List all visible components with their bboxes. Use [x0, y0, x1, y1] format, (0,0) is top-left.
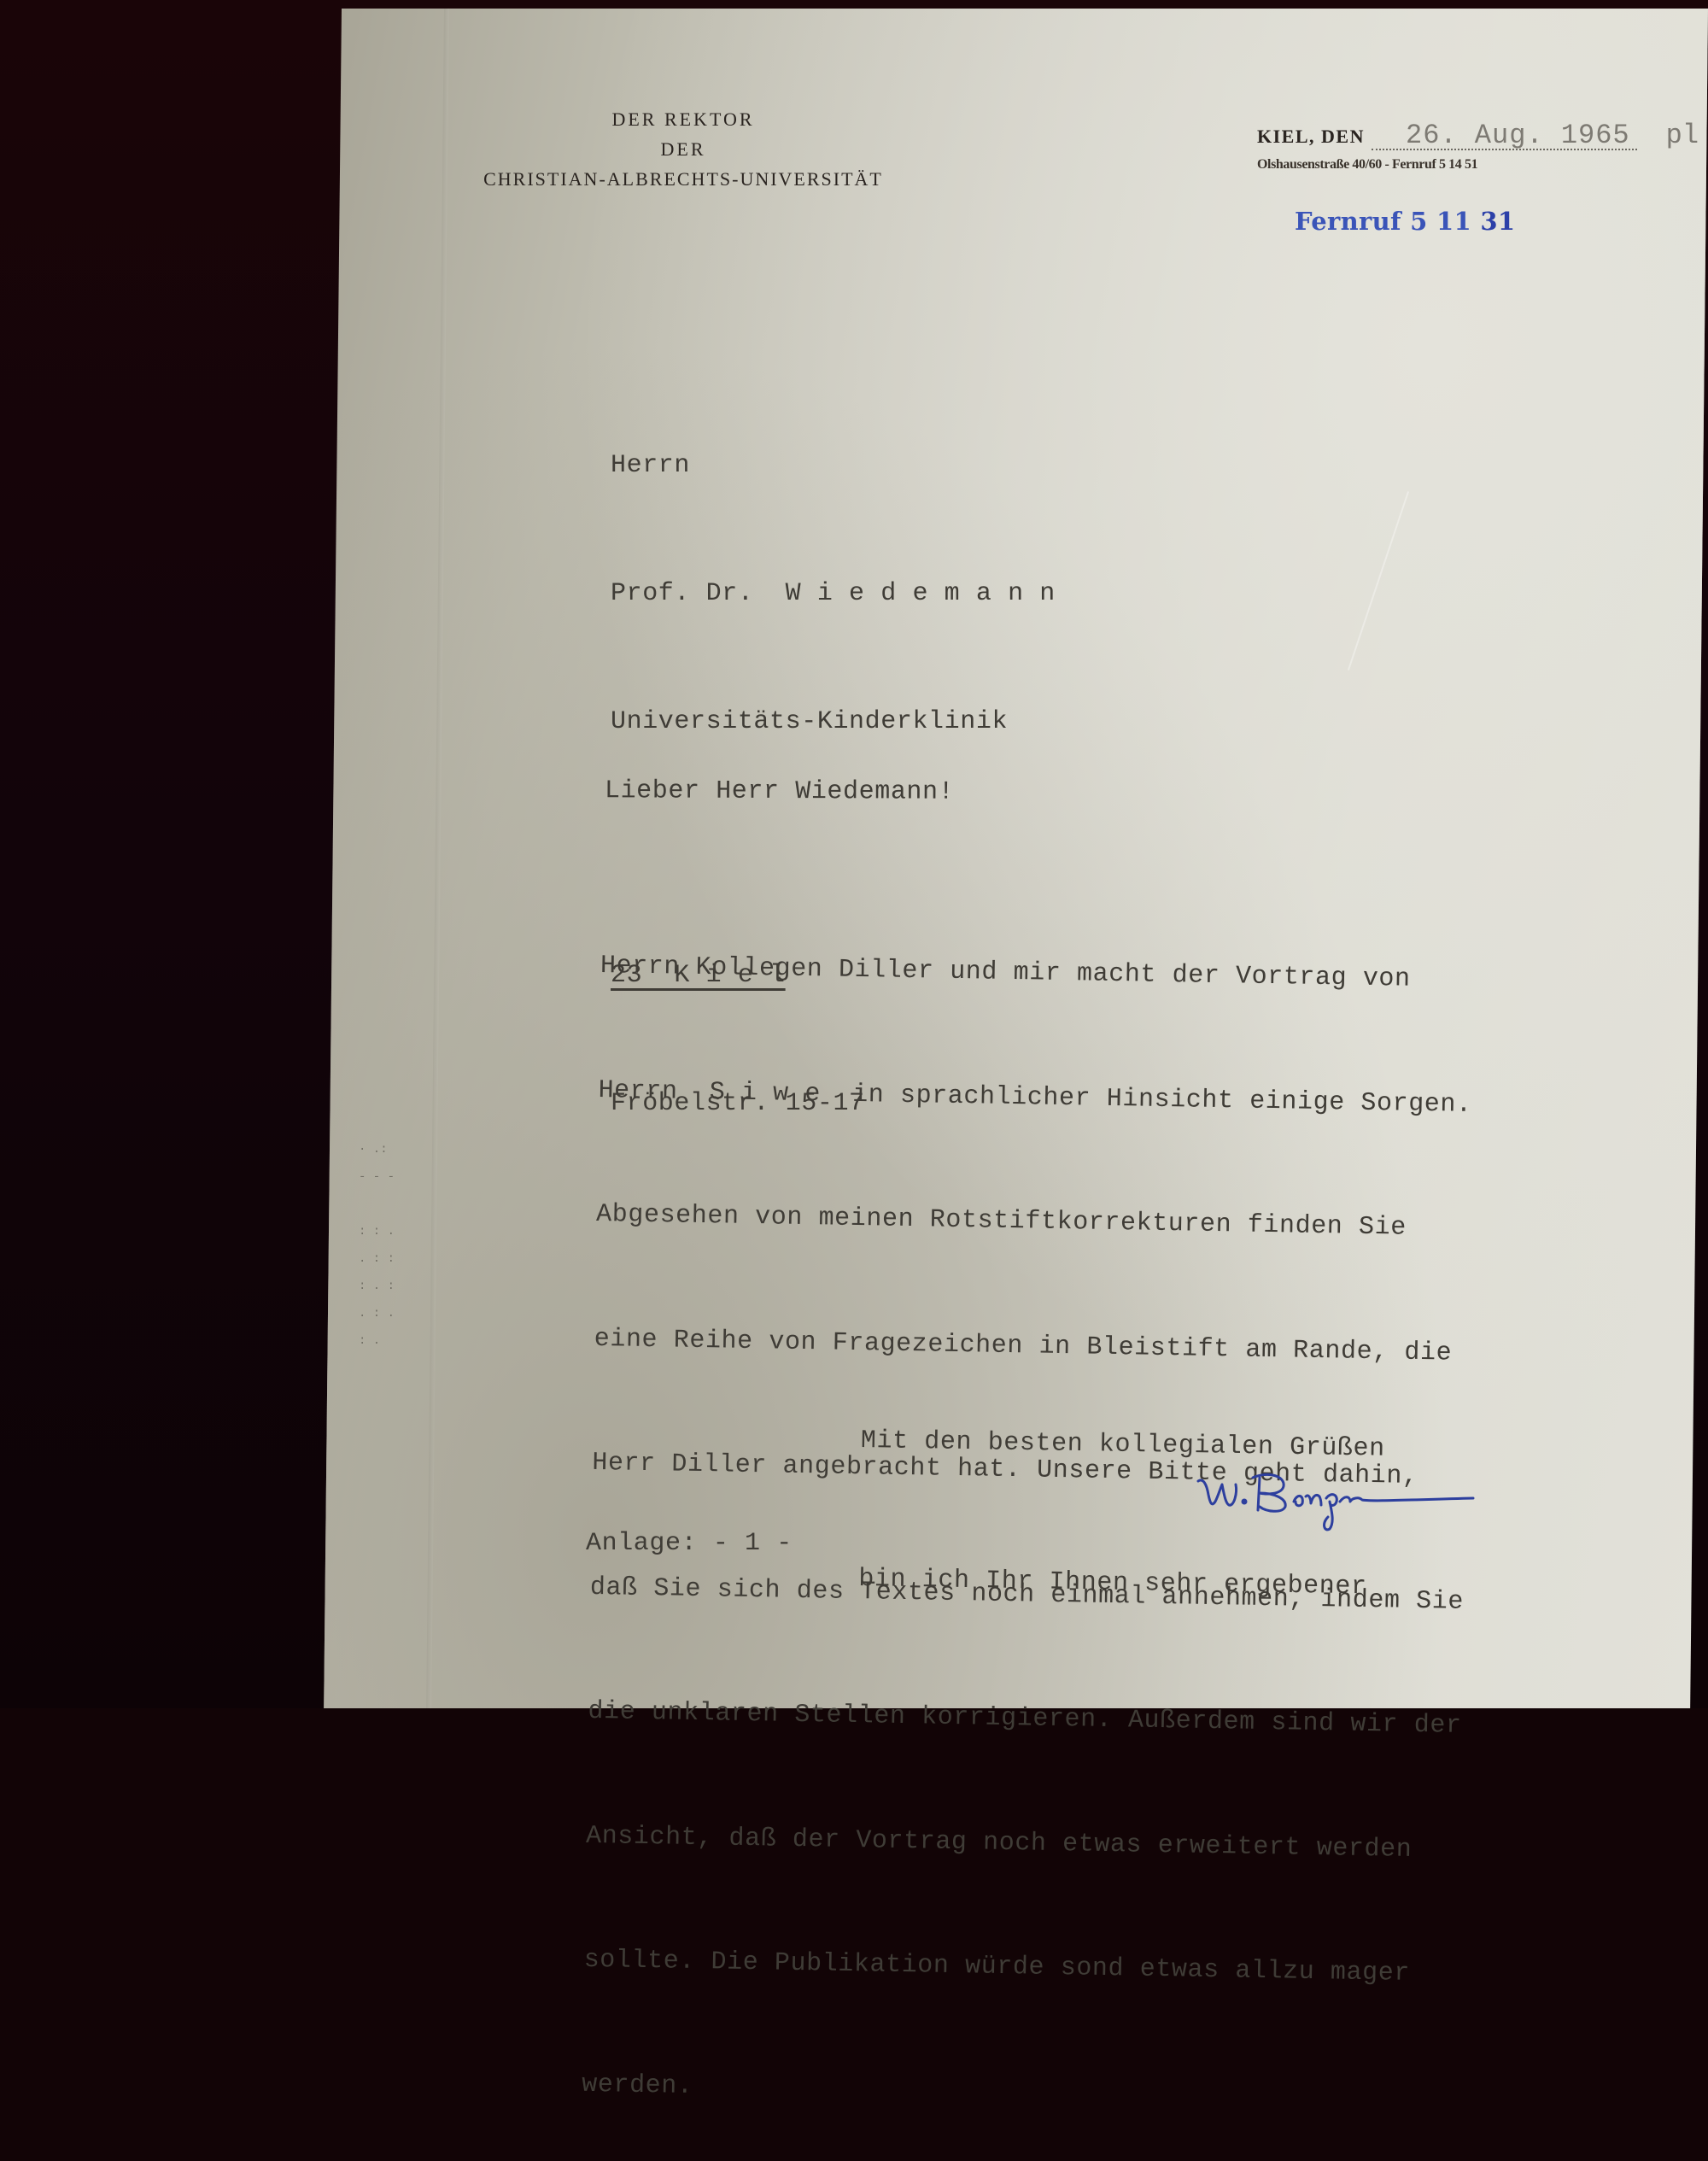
- body-line: Herrn Kollegen Diller und mir macht der …: [600, 946, 1475, 1001]
- body-line: Abgesehen von meinen Rotstiftkorrekturen…: [596, 1194, 1471, 1250]
- stamp-number-bold: 31: [1480, 207, 1515, 236]
- stamp-label: Fernruf: [1295, 207, 1401, 236]
- recipient-name: Prof. Dr. W i e d e m a n n: [611, 572, 1056, 615]
- recipient-institution: Universitäts-Kinderklinik: [611, 700, 1056, 743]
- letterhead-title: DER REKTOR: [444, 104, 922, 134]
- stamp-number: 5 11: [1410, 207, 1471, 236]
- place-label: KIEL, DEN: [1257, 126, 1365, 147]
- dateline: KIEL, DEN26. Aug. 1965pl: [1257, 120, 1699, 151]
- greeting: Lieber Herr Wiedemann!: [605, 776, 954, 806]
- letterhead-university: CHRISTIAN-ALBRECHTS-UNIVERSITÄT: [444, 164, 922, 194]
- closing-line: bin ich Ihr Ihnen sehr ergebener: [858, 1556, 1383, 1611]
- bleed-through-marks: · .: - - - : : . . : : : . : . : . : .: [359, 1136, 436, 1597]
- enclosure-note: Anlage: - 1 -: [586, 1529, 793, 1558]
- handwritten-signature: W. Bargmann: [1191, 1459, 1482, 1536]
- body-line: Herrn S i w e in sprachlicher Hinsicht e…: [598, 1069, 1472, 1125]
- letterhead-address: Olshausenstraße 40/60 - Fernruf 5 14 51: [1257, 157, 1477, 173]
- body-line: die unklaren Stellen korrigieren. Außerd…: [588, 1691, 1462, 1708]
- spacer: [611, 829, 1056, 869]
- date-suffix: pl: [1666, 120, 1699, 151]
- recipient-salutation: Herrn: [611, 444, 1056, 487]
- date-field: 26. Aug. 1965: [1372, 123, 1637, 150]
- letterhead-article: DER: [444, 134, 922, 164]
- phone-stamp: Fernruf 5 11 31: [1295, 207, 1515, 236]
- letterhead: DER REKTOR DER CHRISTIAN-ALBRECHTS-UNIVE…: [444, 104, 922, 194]
